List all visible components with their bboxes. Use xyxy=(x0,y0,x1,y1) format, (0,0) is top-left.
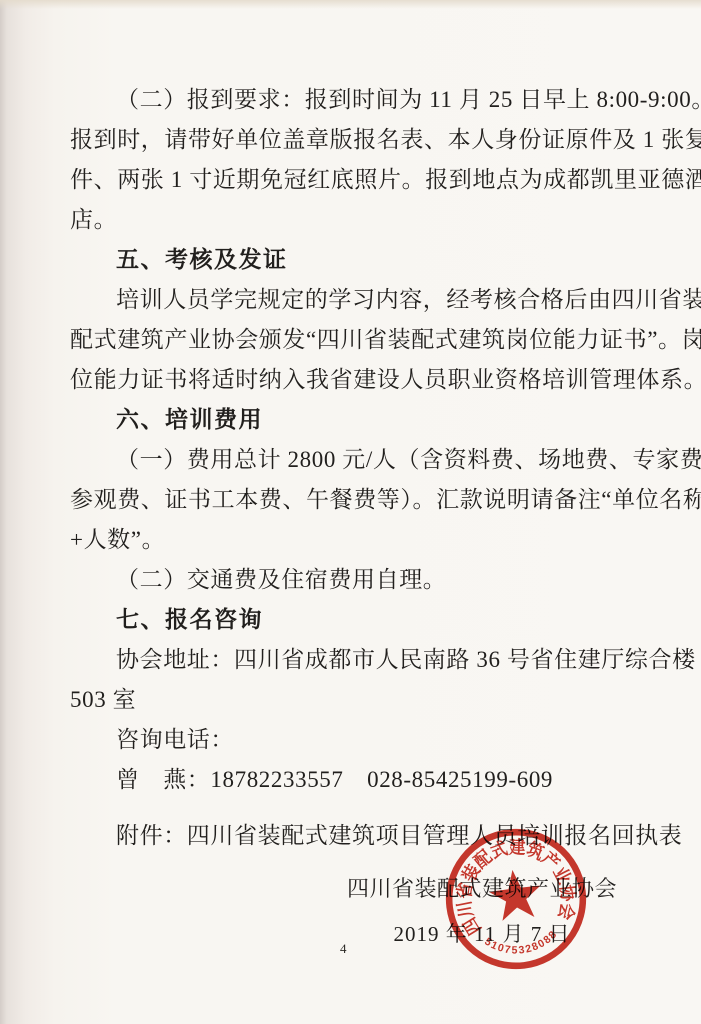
text-line: 培训人员学完规定的学习内容，经考核合格后由四川省装 xyxy=(70,280,636,320)
text-line: 位能力证书将适时纳入我省建设人员职业资格培训管理体系。 xyxy=(70,360,636,400)
page-number: 4 xyxy=(340,941,347,957)
section-heading-assessment: 五、考核及发证 xyxy=(70,240,636,280)
contact-phone-line: 曾 燕：18782233557 028-85425199-609 xyxy=(70,760,636,800)
text-line: 503 室 xyxy=(70,680,636,720)
association-seal: 四川省装配式建筑产业协会 51075328088 xyxy=(427,810,605,988)
document-body: （二）报到要求：报到时间为 11 月 25 日早上 8:00-9:00。 报到时… xyxy=(70,80,636,856)
text-line: 参观费、证书工本费、午餐费等）。汇款说明请备注“单位名称 xyxy=(70,480,636,520)
text-line: 报到时，请带好单位盖章版报名表、本人身份证原件及 1 张复印 xyxy=(70,120,636,160)
text-line: 配式建筑产业协会颁发“四川省装配式建筑岗位能力证书”。岗 xyxy=(70,320,636,360)
text-line: 件、两张 1 寸近期免冠红底照片。报到地点为成都凯里亚德酒 xyxy=(70,160,636,200)
text-line: （二）报到要求：报到时间为 11 月 25 日早上 8:00-9:00。 xyxy=(70,80,636,120)
text-line: 协会地址：四川省成都市人民南路 36 号省住建厅综合楼 xyxy=(70,640,636,680)
scanned-document-page: （二）报到要求：报到时间为 11 月 25 日早上 8:00-9:00。 报到时… xyxy=(0,0,701,1024)
text-line: 咨询电话： xyxy=(70,720,636,760)
text-line: 店。 xyxy=(70,200,636,240)
star-icon xyxy=(487,867,545,922)
section-heading-consultation: 七、报名咨询 xyxy=(70,600,636,640)
text-line: （一）费用总计 2800 元/人（含资料费、场地费、专家费、 xyxy=(70,440,636,480)
section-heading-fees: 六、培训费用 xyxy=(70,400,636,440)
text-line: （二）交通费及住宿费用自理。 xyxy=(70,560,636,600)
text-line: +人数”。 xyxy=(70,520,636,560)
